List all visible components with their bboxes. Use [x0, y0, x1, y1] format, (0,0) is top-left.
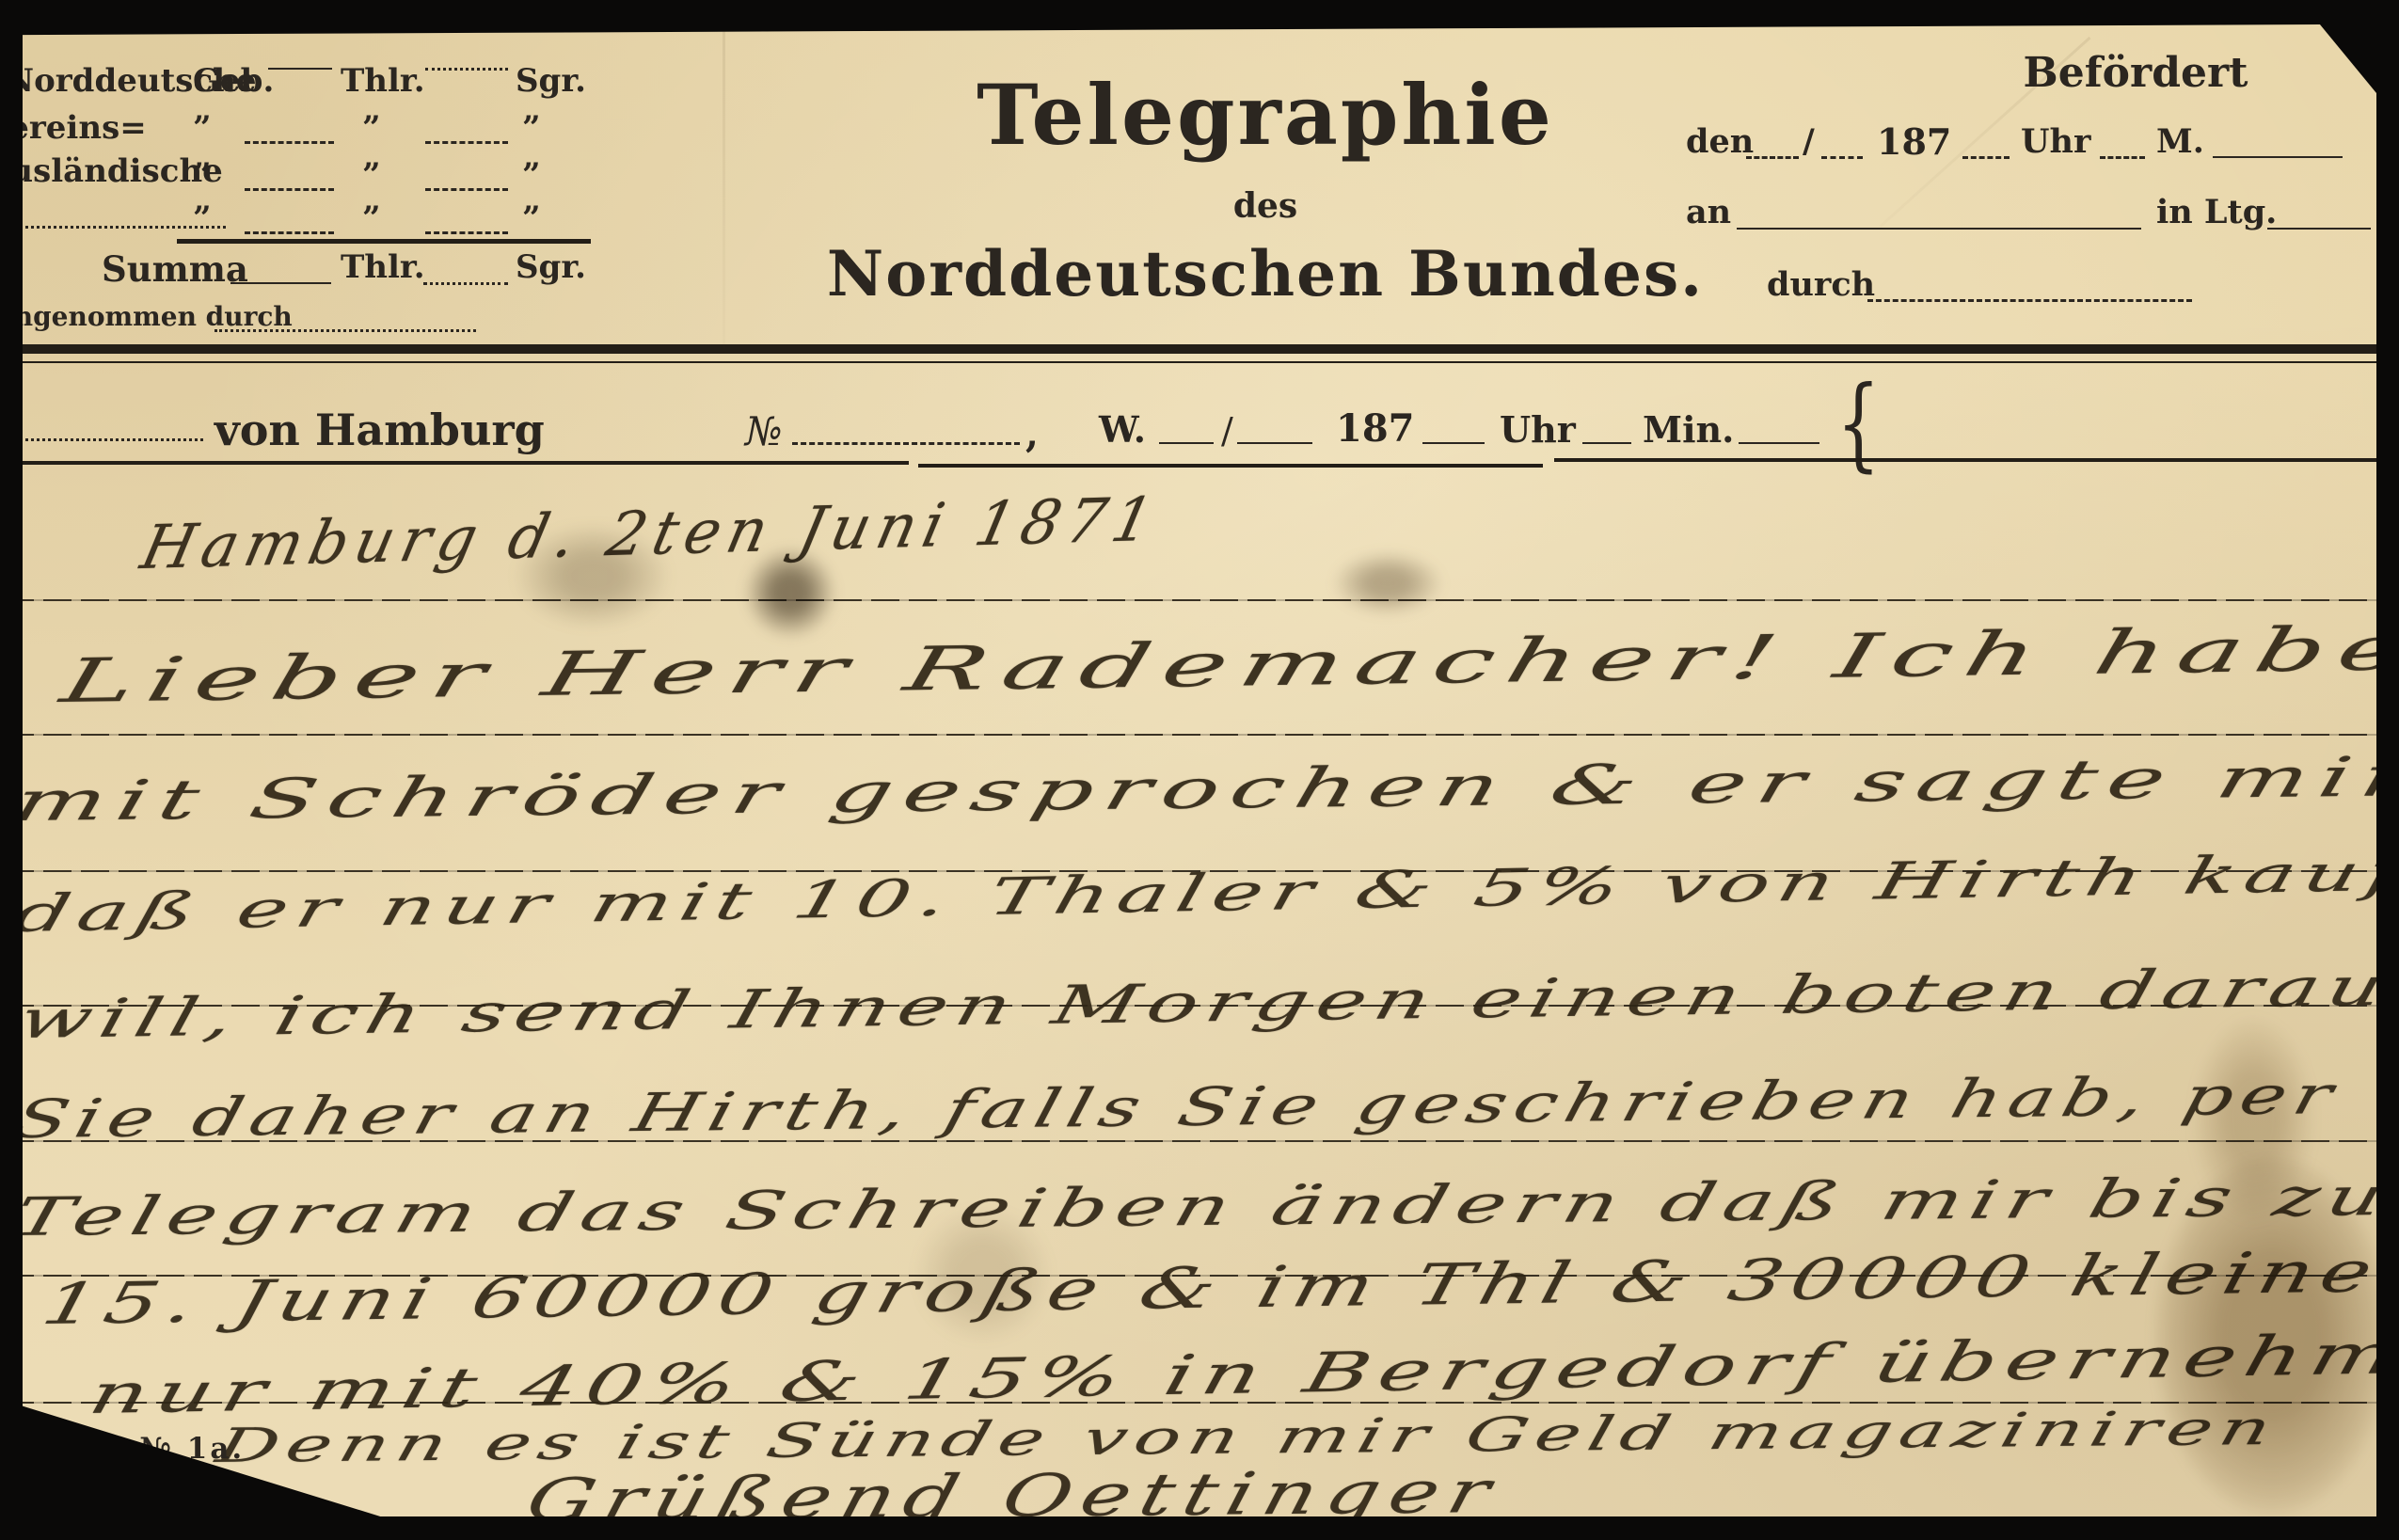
forwarded-den-label: den [1686, 122, 1754, 161]
forwarded-an-label: an [1686, 193, 1731, 231]
origin-year: 187 [1336, 406, 1415, 451]
blank-line [2100, 156, 2145, 159]
forwarded-durch-label: durch [1767, 265, 1875, 304]
blank-line [1237, 442, 1312, 444]
fee-row-thlr: Thlr. [341, 62, 425, 100]
blank-line [1159, 442, 1214, 444]
blank-line [425, 141, 508, 144]
masthead-des: des [795, 186, 1736, 226]
blank-line [792, 442, 1020, 445]
summa-label: Summa [102, 248, 248, 290]
photo-backdrop: Norddeutsche Geb. Thlr. Sgr. Vereins= ” … [0, 0, 2399, 1540]
blank-line [425, 231, 508, 234]
handwritten-line: mit Schröder gesprochen & er sagte mir [8, 744, 2399, 834]
handwritten-line: Telegram das Schreiben ändern daß mir bi… [8, 1166, 2399, 1248]
paper-crease [723, 28, 725, 348]
forwarded-slash: / [1803, 122, 1815, 161]
blank-line [1962, 156, 2010, 159]
telegram-content: Norddeutsche Geb. Thlr. Sgr. Vereins= ” … [0, 0, 2399, 1540]
fee-row-label: Ausländische [0, 152, 223, 190]
blank-line [245, 141, 334, 144]
masthead-title: Telegraphie [795, 66, 1736, 164]
ruled-line [6, 734, 2390, 736]
blank-line [1821, 156, 1863, 159]
blank-line [1737, 228, 2141, 230]
blank-line [425, 68, 508, 71]
blank-line [230, 282, 331, 284]
origin-min-label: Min. [1643, 408, 1734, 451]
blank-line [245, 231, 334, 234]
ink-smudge [1331, 550, 1444, 616]
handwritten-line: Sie daher an Hirth, falls Sie geschriebe… [8, 1065, 2346, 1151]
header-divider-thin [9, 361, 2390, 363]
masthead-subtitle: Norddeutschen Bundes. [795, 237, 1736, 310]
ditto-mark: ” [193, 109, 212, 147]
ditto-mark: ” [522, 199, 541, 237]
form-code: Lit. B. № 1a. [7, 1432, 245, 1466]
handwritten-line: Lieber Herr Rademacher! Ich habe [55, 614, 2399, 717]
accepted-by-label: Angenommen durch [0, 301, 293, 332]
blank-line [425, 188, 508, 191]
origin-baseline-segment [918, 464, 1543, 468]
ditto-mark: ” [362, 156, 381, 194]
header-divider-thick [9, 344, 2390, 354]
fee-row-label: Vereins= [0, 109, 147, 147]
fee-row-geb: Geb. [193, 62, 274, 100]
blank-line [2213, 156, 2343, 158]
ruled-line [6, 599, 2390, 601]
forwarded-m-label: M. [2156, 122, 2204, 161]
blank-line [8, 438, 203, 441]
blank-line [214, 329, 476, 332]
forwarded-year: 187 [1877, 120, 1951, 163]
blank-line [1422, 442, 1485, 444]
origin-uhr-label: Uhr [1500, 408, 1576, 451]
origin-w-label: W. [1099, 408, 1146, 451]
blank-line [1867, 299, 2192, 302]
origin-baseline-segment [1554, 458, 2384, 462]
blank-line [268, 68, 332, 70]
blank-line [1739, 442, 1819, 444]
forwarded-heading: Befördert [1994, 49, 2277, 97]
blank-line [1582, 442, 1631, 444]
ditto-mark: ” [362, 199, 381, 237]
handwritten-line: 15. Juni 60000 große & im Thl & 30000 kl… [36, 1238, 2399, 1338]
blank-line [423, 282, 508, 285]
blank-line [1746, 156, 1799, 159]
handwritten-line: Hamburg d. 2ten Juni 1871 [135, 485, 1166, 584]
forwarded-uhr-label: Uhr [2021, 122, 2090, 161]
origin-comma: , [1025, 412, 1039, 456]
fee-row-sgr: Sgr. [516, 62, 586, 100]
summa-rule [177, 239, 591, 244]
blank-line [245, 188, 334, 191]
forwarded-inltg-label: in Ltg. [2156, 193, 2277, 231]
origin-slash: / [1221, 410, 1233, 452]
origin-von-label: von Hamburg [214, 405, 545, 455]
ditto-mark: ” [522, 109, 541, 147]
ditto-mark: ” [193, 199, 212, 237]
summa-thlr: Thlr. [341, 248, 425, 286]
ditto-mark: ” [522, 156, 541, 194]
origin-baseline-segment [8, 461, 909, 465]
blank-line [2267, 228, 2371, 230]
ditto-mark: ” [362, 109, 381, 147]
summa-sgr: Sgr. [516, 248, 586, 286]
handwritten-line: will, ich send Ihnen Morgen einen boten … [13, 956, 2399, 1051]
telegram-paper: Norddeutsche Geb. Thlr. Sgr. Vereins= ” … [23, 24, 2376, 1516]
blank-line [0, 226, 226, 229]
origin-no-label: № [745, 408, 783, 454]
brace-glyph: { [1836, 365, 1881, 483]
handwritten-signature: Grüßend Oettinger [520, 1457, 1507, 1534]
ditto-mark: ” [193, 156, 212, 194]
handwritten-line: daß er nur mit 10. Thaler & 5% von Hirth… [8, 842, 2399, 944]
